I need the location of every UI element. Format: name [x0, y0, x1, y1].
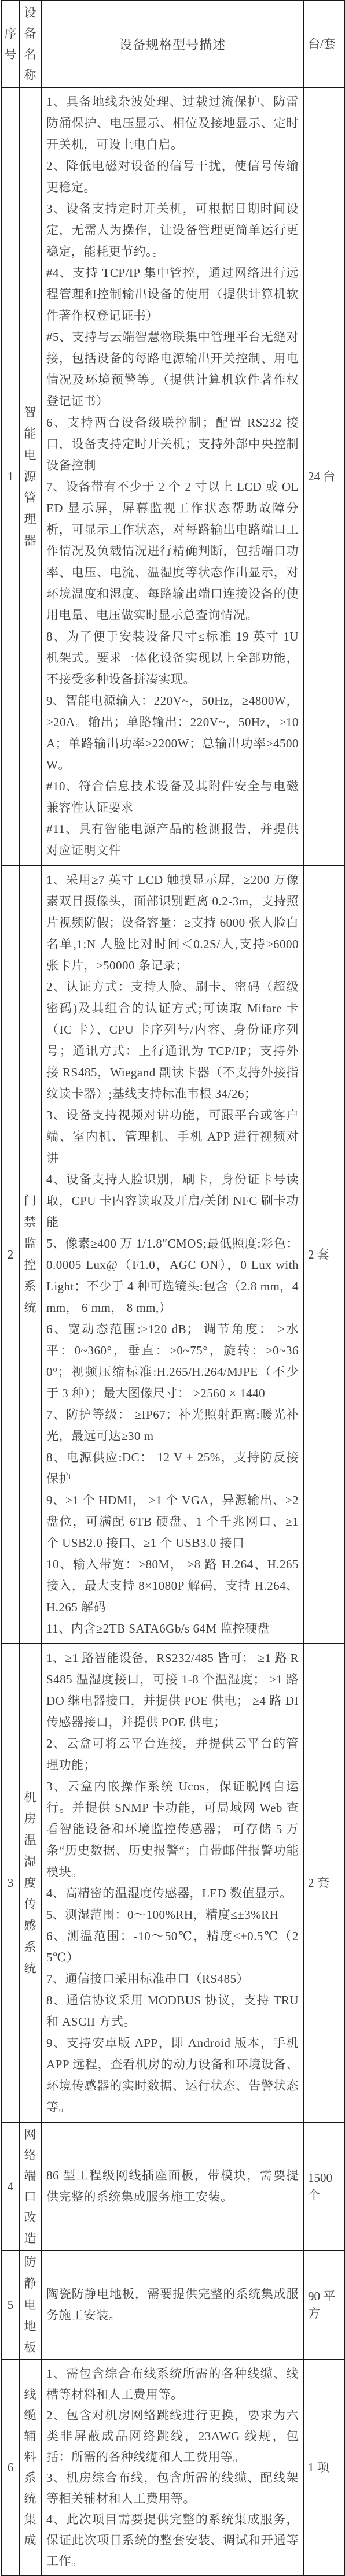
- spec-item: 11、内含≥2TB SATA6Gb/s 64M 监控硬盘: [46, 1618, 299, 1639]
- header-unit: 台/套: [304, 1, 344, 87]
- table-row: 1 智能电源管理器 1、具备地线杂波处理、过载过流保护、防雷防涌保护、电压显示、…: [2, 87, 344, 865]
- row-spec-desc: 1、具备地线杂波处理、过载过流保护、防雷防涌保护、电压显示、相位及接地显示、定时…: [41, 87, 304, 865]
- row-quantity: 2 套: [304, 1644, 344, 2122]
- table-row: 6 线缆辅料系统集成 1、需包含综合布线系统所需的各种线缆、线槽等材料和人工费用…: [2, 2359, 344, 2575]
- device-name-text: 机房温湿度传感系统: [24, 1787, 36, 1979]
- spec-item: 7、设备带有不少于 2 个 2 寸以上 LCD 或 OLED 显示屏，屏幕监视工…: [46, 476, 299, 626]
- row-serial: 4: [2, 2122, 19, 2251]
- spec-item: #4、支持 TCP/IP 集中管控，通过网络进行远程管理和控制输出设备的使用（提…: [46, 262, 299, 327]
- header-serial: 序号: [2, 1, 19, 87]
- spec-item: 8、为了便于安装设备尺寸≤标准 19 英寸 1U 机架式。要求一体化设备实现以上…: [46, 626, 299, 690]
- row-serial: 1: [2, 87, 19, 865]
- spec-item: 2、降低电磁对设备的信号干扰，使信号传输更稳定。: [46, 156, 299, 198]
- spec-item: 7、防护等级： ≥IP67；补光照射距离:暖光补光，最远可达≥30 m: [46, 1404, 299, 1447]
- row-spec-desc: 陶瓷防静电地板，需要提供完整的系统集成服务施工安装。: [41, 2251, 304, 2359]
- header-device-name: 设备名称: [19, 1, 41, 87]
- spec-item: 8、通信协议采用 MODBUS 协议，支持 TRU 和 ASCII 方式。: [46, 1990, 299, 2033]
- row-quantity: 1 项: [304, 2359, 344, 2575]
- row-quantity: 90 平方: [304, 2251, 344, 2359]
- device-name-text: 防静电地板: [24, 2252, 36, 2359]
- spec-item: #10、符合信息技术设备及其附件安全与电磁兼容性认证要求: [46, 776, 299, 819]
- spec-item: 9、≥1 个 HDMI， ≥1 个 VGA，异源输出、≥2 盘位，可满配 6TB…: [46, 1490, 299, 1554]
- row-spec-desc: 1、≥1 路智能设备，RS232/485 皆可； ≥1 路 RS485 温湿度接…: [41, 1644, 304, 2122]
- header-device-name-label: 设备名称: [24, 2, 36, 86]
- spec-item: 2、认证方式：支持人脸、刷卡、密码（超级密码)及其组合的认证方式;可读取 Mif…: [46, 976, 299, 1105]
- spec-item: 1、≥1 路智能设备，RS232/485 皆可； ≥1 路 RS485 温湿度接…: [46, 1648, 299, 1733]
- spec-item: 1、具备地线杂波处理、过载过流保护、防雷防涌保护、电压显示、相位及接地显示、定时…: [46, 91, 299, 156]
- spec-item: 3、云盒内嵌操作系统 Ucos，保证脱网自运行。并提供 SNMP 卡功能，可局域…: [46, 1776, 299, 1883]
- row-quantity: 1500 个: [304, 2122, 344, 2251]
- row-device-name: 机房温湿度传感系统: [19, 1644, 41, 2122]
- spec-item: 1、采用≥7 英寸 LCD 触摸显示屏，≥200 万像素双目摄像头，面部识别距离…: [46, 869, 299, 976]
- spec-item: 7、通信接口采用标准串口（RS485）: [46, 1968, 299, 1990]
- spec-item: 2、包含对机房网络跳线进行更换，要求为六类非屏蔽成品网络跳线，23AWG 线规，…: [46, 2405, 299, 2467]
- row-serial: 5: [2, 2251, 19, 2359]
- row-serial: 6: [2, 2359, 19, 2575]
- row-device-name: 智能电源管理器: [19, 87, 41, 865]
- row-device-name: 线缆辅料系统集成: [19, 2359, 41, 2575]
- spec-item: 4、高精密的温湿度传感器，LED 数值显示。: [46, 1883, 299, 1904]
- spec-item: 4、此次项目需要提供完整的系统集成服务，保证此次项目系统的整套安装、调试和开通等…: [46, 2509, 299, 2571]
- table-row: 3 机房温湿度传感系统 1、≥1 路智能设备，RS232/485 皆可； ≥1 …: [2, 1644, 344, 2122]
- spec-item: 6、支持两台设备级联控制；配置 RS232 接口，设备支持定时开关机；支持外部中…: [46, 412, 299, 476]
- spec-item: 6、测温范围：-10～50℃，精度≤±0.5℃（25℃）: [46, 1926, 299, 1968]
- row-device-name: 网络端口改造: [19, 2122, 41, 2251]
- spec-item: 陶瓷防静电地板，需要提供完整的系统集成服务施工安装。: [46, 2283, 299, 2326]
- table-row: 4 网络端口改造 86 型工程级网线插座面板，带模块，需要提供完整的系统集成服务…: [2, 2122, 344, 2251]
- header-row: 序号 设备名称 设备规格型号描述 台/套: [2, 1, 344, 87]
- spec-item: 3、机房综合布线，包含所需的线缆、配线架等相关辅材和人工费用等。: [46, 2467, 299, 2509]
- spec-item: 2、云盒可将云平台连接，并提供云平台的管理功能；: [46, 1733, 299, 1776]
- row-quantity: 24 台: [304, 87, 344, 865]
- spec-item: #5、支持与云端智慧物联集中管理平台无缝对接，包括设备的每路电源输出开关控制、用…: [46, 327, 299, 412]
- device-name-text: 智能电源管理器: [24, 402, 36, 552]
- spec-item: 86 型工程级网线插座面板，带模块，需要提供完整的系统集成服务施工安装。: [46, 2165, 299, 2208]
- row-device-name: 门禁监控系统: [19, 865, 41, 1644]
- row-spec-desc: 1、采用≥7 英寸 LCD 触摸显示屏，≥200 万像素双目摄像头，面部识别距离…: [41, 865, 304, 1644]
- row-serial: 2: [2, 865, 19, 1644]
- spec-item: 10、输入带宽：≥80M， ≥8 路 H.264、H.265 接入，最大支持 8…: [46, 1554, 299, 1618]
- table-row: 2 门禁监控系统 1、采用≥7 英寸 LCD 触摸显示屏，≥200 万像素双目摄…: [2, 865, 344, 1644]
- spec-item: 1、需包含综合布线系统所需的各种线缆、线槽等材料和人工费用等。: [46, 2363, 299, 2405]
- spec-item: 6、宽动态范围:≥120 dB； 调节角度： ≥水平：0~360°，垂直：≥0~…: [46, 1319, 299, 1404]
- header-spec-desc: 设备规格型号描述: [41, 1, 304, 87]
- row-device-name: 防静电地板: [19, 2251, 41, 2359]
- spec-item: 3、设备支持视频对讲功能，可跟平台或客户端、室内机、管理机、手机 APP 进行视…: [46, 1105, 299, 1169]
- device-name-text: 门禁监控系统: [24, 1190, 36, 1319]
- spec-item: 3、设备支持定时开关机，可根据日期时间设定，无需人为操作，让设备管理更简单运行更…: [46, 198, 299, 262]
- spec-item: #11、具有智能电源产品的检测报告，并提供对应证明文件: [46, 819, 299, 861]
- row-serial: 3: [2, 1644, 19, 2122]
- device-name-text: 线缆辅料系统集成: [24, 2384, 36, 2551]
- device-name-text: 网络端口改造: [24, 2124, 36, 2249]
- spec-item: 9、支持安卓版 APP，即 Android 版本，手机 APP 远程，查看机房的…: [46, 2033, 299, 2118]
- row-quantity: 2 套: [304, 865, 344, 1644]
- spec-item: 4、设备支持人脸识别，刷卡，身份证卡号读取，CPU 卡内容读取及开启/关闭 NF…: [46, 1169, 299, 1233]
- row-spec-desc: 1、需包含综合布线系统所需的各种线缆、线槽等材料和人工费用等。2、包含对机房网络…: [41, 2359, 304, 2575]
- equipment-spec-table: 序号 设备名称 设备规格型号描述 台/套 1 智能电源管理器 1、具备地线杂波处…: [1, 0, 345, 2576]
- row-spec-desc: 86 型工程级网线插座面板，带模块，需要提供完整的系统集成服务施工安装。: [41, 2122, 304, 2251]
- spec-item: 5、测湿范围：0～100%RH，精度≤±3%RH: [46, 1904, 299, 1926]
- spec-item: 9、智能电源输入：220V~，50Hz，≥4800W，≥20A。输出；单路输出：…: [46, 690, 299, 776]
- document-page: 序号 设备名称 设备规格型号描述 台/套 1 智能电源管理器 1、具备地线杂波处…: [0, 0, 345, 2576]
- spec-item: 8、电源供应:DC： 12 V ± 25%，支持防反接保护: [46, 1447, 299, 1490]
- header-serial-label: 序号: [4, 23, 17, 65]
- table-row: 5 防静电地板 陶瓷防静电地板，需要提供完整的系统集成服务施工安装。 90 平方: [2, 2251, 344, 2359]
- spec-item: 5、像素≥400 万 1/1.8″CMOS;最低照度:彩色：0.0005 Lux…: [46, 1233, 299, 1319]
